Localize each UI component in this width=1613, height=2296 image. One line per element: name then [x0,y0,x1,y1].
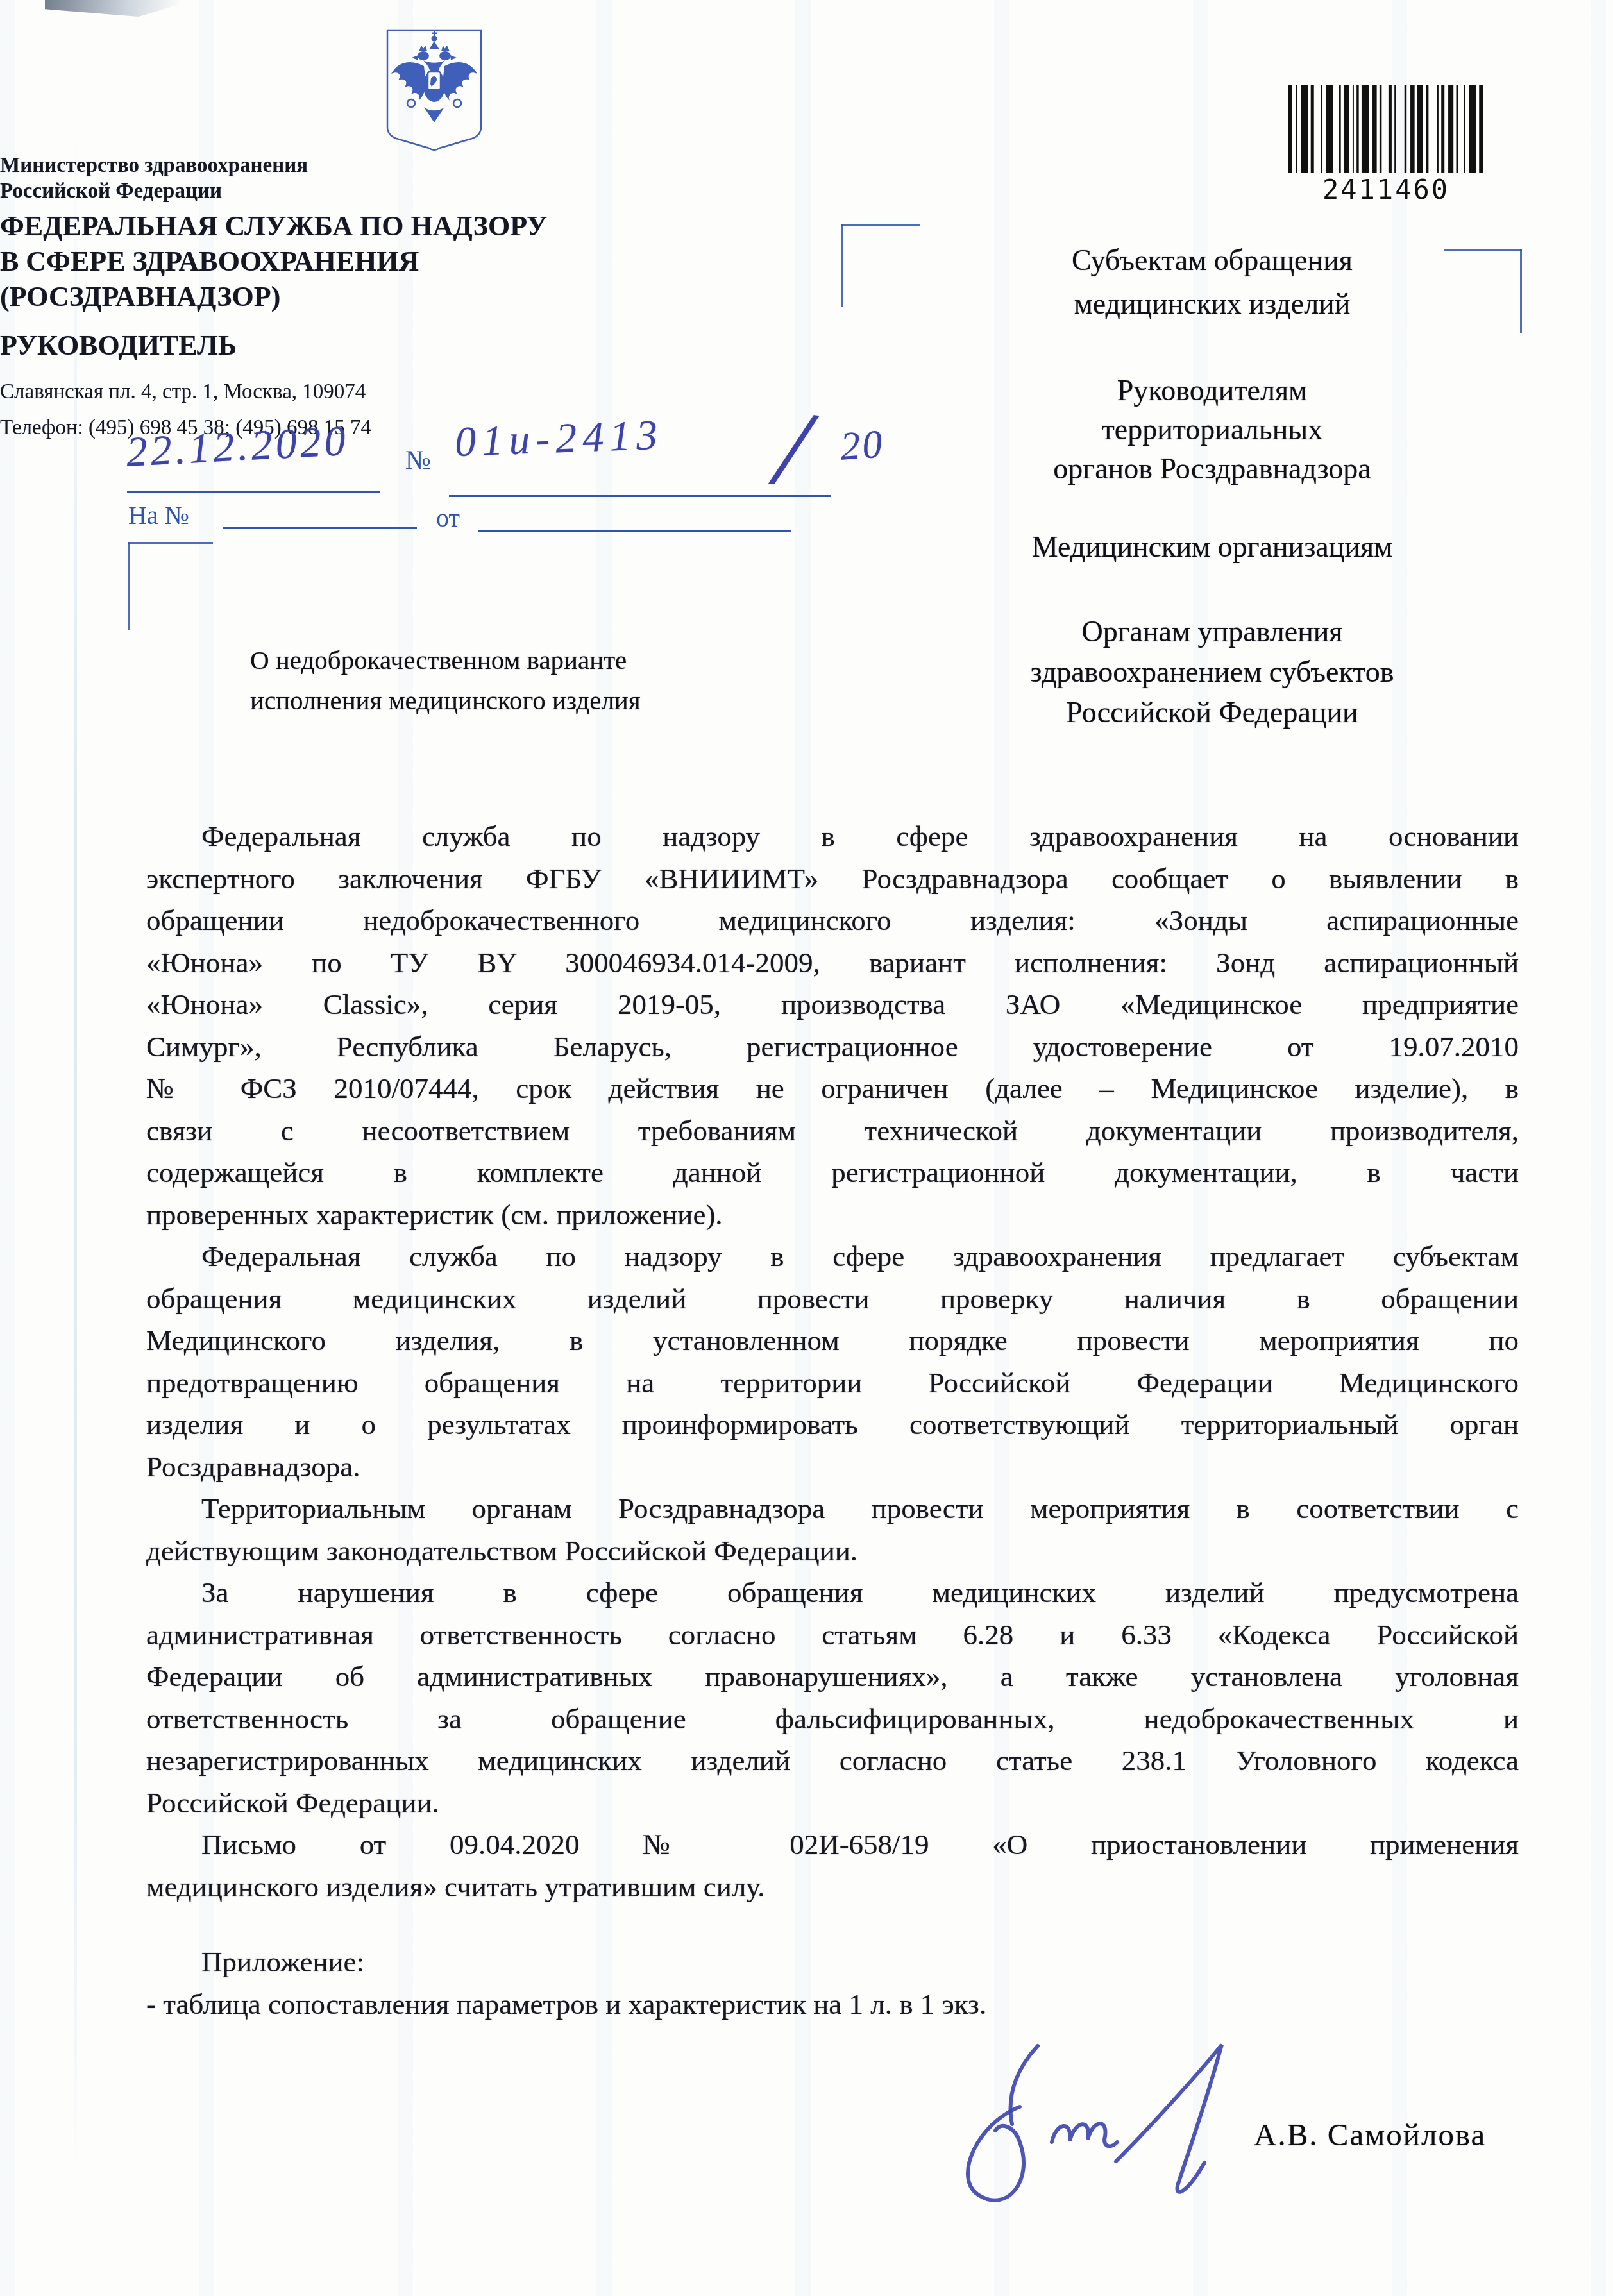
recipient-line: здравоохранением субъектов [898,652,1526,692]
number-rule [449,495,831,497]
attachment-item: - таблица сопоставления параметров и хар… [146,1983,1461,2025]
body-text: Федеральная служба по надзору в сфере зд… [146,816,1519,1908]
barcode-number: 2411460 [1288,174,1484,205]
service-line3: (РОСЗДРАВНАДЗОР) [0,279,577,314]
body-line: ответственность за обращение фальсифицир… [146,1698,1519,1741]
body-line: обращении недоброкачественного медицинск… [146,900,1519,942]
service-line2: В СФЕРЕ ЗДРАВООХРАНЕНИЯ [0,244,577,279]
body-line: № ФСЗ 2010/07444, срок действия не огран… [146,1068,1519,1110]
body-line: «Юнона» по ТУ BY 300046934.014-2009, вар… [146,942,1519,984]
body-line: медицинского изделия» считать утратившим… [146,1866,1519,1909]
body-line: связи с несоответствием требованиям техн… [146,1110,1519,1152]
handwritten-signature [924,2027,1283,2219]
recipient-group-4: Органам управленияздравоохранением субъе… [898,611,1526,732]
body-line: предотвращению обращения на территории Р… [146,1362,1519,1405]
recipient-line: территориальных [898,410,1526,449]
recipient-group-1: Субъектам обращениямедицинских изделий [898,239,1526,326]
attachment-label: Приложение: [146,1941,1461,1983]
body-line: действующим законодательством Российской… [146,1530,1519,1573]
russia-coat-of-arms-icon [383,26,486,154]
handwritten-slash: / [771,385,814,512]
body-line: Территориальным органам Росздравнадзора … [146,1488,1519,1530]
body-line: Федерации об административных правонаруш… [146,1656,1519,1698]
recipient-line: медицинских изделий [898,282,1526,326]
na-no-label: На № [128,500,189,530]
ot-label: от [436,503,460,533]
ministry-name: Министерство здравоохранения Российской … [0,153,577,204]
recipient-line: Медицинским организациям [898,527,1526,566]
address-line: Славянская пл. 4, стр. 1, Москва, 109074 [0,374,577,410]
date-rule [127,491,380,493]
handwritten-number: 01и-2413 [454,411,664,467]
recipient-line: Российской Федерации [898,692,1526,732]
body-line: содержащейся в комплекте данной регистра… [146,1152,1519,1194]
recipient-group-2: Руководителямтерриториальныхорганов Росз… [898,371,1526,488]
subject-line2: исполнения медицинского изделия [250,680,699,721]
ministry-line1: Министерство здравоохранения [0,153,577,178]
body-line: «Юнона» Classic», серия 2019-05, произво… [146,984,1519,1026]
recipient-line: Органам управления [898,611,1526,652]
subject-line: О недоброкачественном варианте исполнени… [250,640,699,721]
address-zone-bracket [128,542,213,544]
handwritten-year-suffix: 20 [839,421,886,470]
service-line1: ФЕДЕРАЛЬНАЯ СЛУЖБА ПО НАДЗОРУ [0,208,577,244]
recipient-zone-bracket-left [841,224,920,226]
position-title: РУКОВОДИТЕЛЬ [0,330,577,362]
recipient-line: Субъектам обращения [898,239,1526,282]
barcode-bars [1288,85,1484,173]
recipient-line: Руководителям [898,371,1526,410]
barcode: 2411460 [1288,85,1484,205]
body-line: Федеральная служба по надзору в сфере зд… [146,1236,1519,1278]
body-line: обращения медицинских изделий провести п… [146,1278,1519,1321]
scanned-letter-page: 2411460 Министерство здравоохранения Рос… [0,0,1613,2296]
service-name: ФЕДЕРАЛЬНАЯ СЛУЖБА ПО НАДЗОРУ В СФЕРЕ ЗД… [0,208,577,314]
attachment-block: Приложение: - таблица сопоставления пара… [146,1941,1461,2025]
body-line: незарегистрированных медицинских изделий… [146,1740,1519,1782]
signer-name: А.В. Самойлова [1254,2116,1486,2153]
recipient-line: органов Росздравнадзора [898,449,1526,488]
scan-corner-artifact [45,0,196,17]
na-no-rule [223,527,417,529]
body-line: административная ответственность согласн… [146,1614,1519,1657]
address-zone-bracket [128,542,130,630]
body-line: Российской Федерации. [146,1782,1519,1825]
body-line: изделия и о результатах проинформировать… [146,1404,1519,1446]
ministry-line2: Российской Федерации [0,178,577,204]
recipient-zone-bracket-left [841,224,843,307]
body-line: За нарушения в сфере обращения медицинск… [146,1572,1519,1614]
subject-line1: О недоброкачественном варианте [250,640,699,680]
body-line: Письмо от 09.04.2020 № 02И-658/19 «О при… [146,1824,1519,1866]
body-line: проверенных характеристик (см. приложени… [146,1194,1519,1237]
recipient-group-3: Медицинским организациям [898,527,1526,566]
number-sign-label: № [405,445,431,476]
body-line: Симург», Республика Беларусь, регистраци… [146,1026,1519,1068]
body-line: Росздравнадзора. [146,1446,1519,1489]
body-line: Медицинского изделия, в установленном по… [146,1320,1519,1362]
body-line: Федеральная служба по надзору в сфере зд… [146,816,1519,858]
ot-rule [478,530,791,532]
body-line: экспертного заключения ФГБУ «ВНИИИМТ» Ро… [146,858,1519,900]
